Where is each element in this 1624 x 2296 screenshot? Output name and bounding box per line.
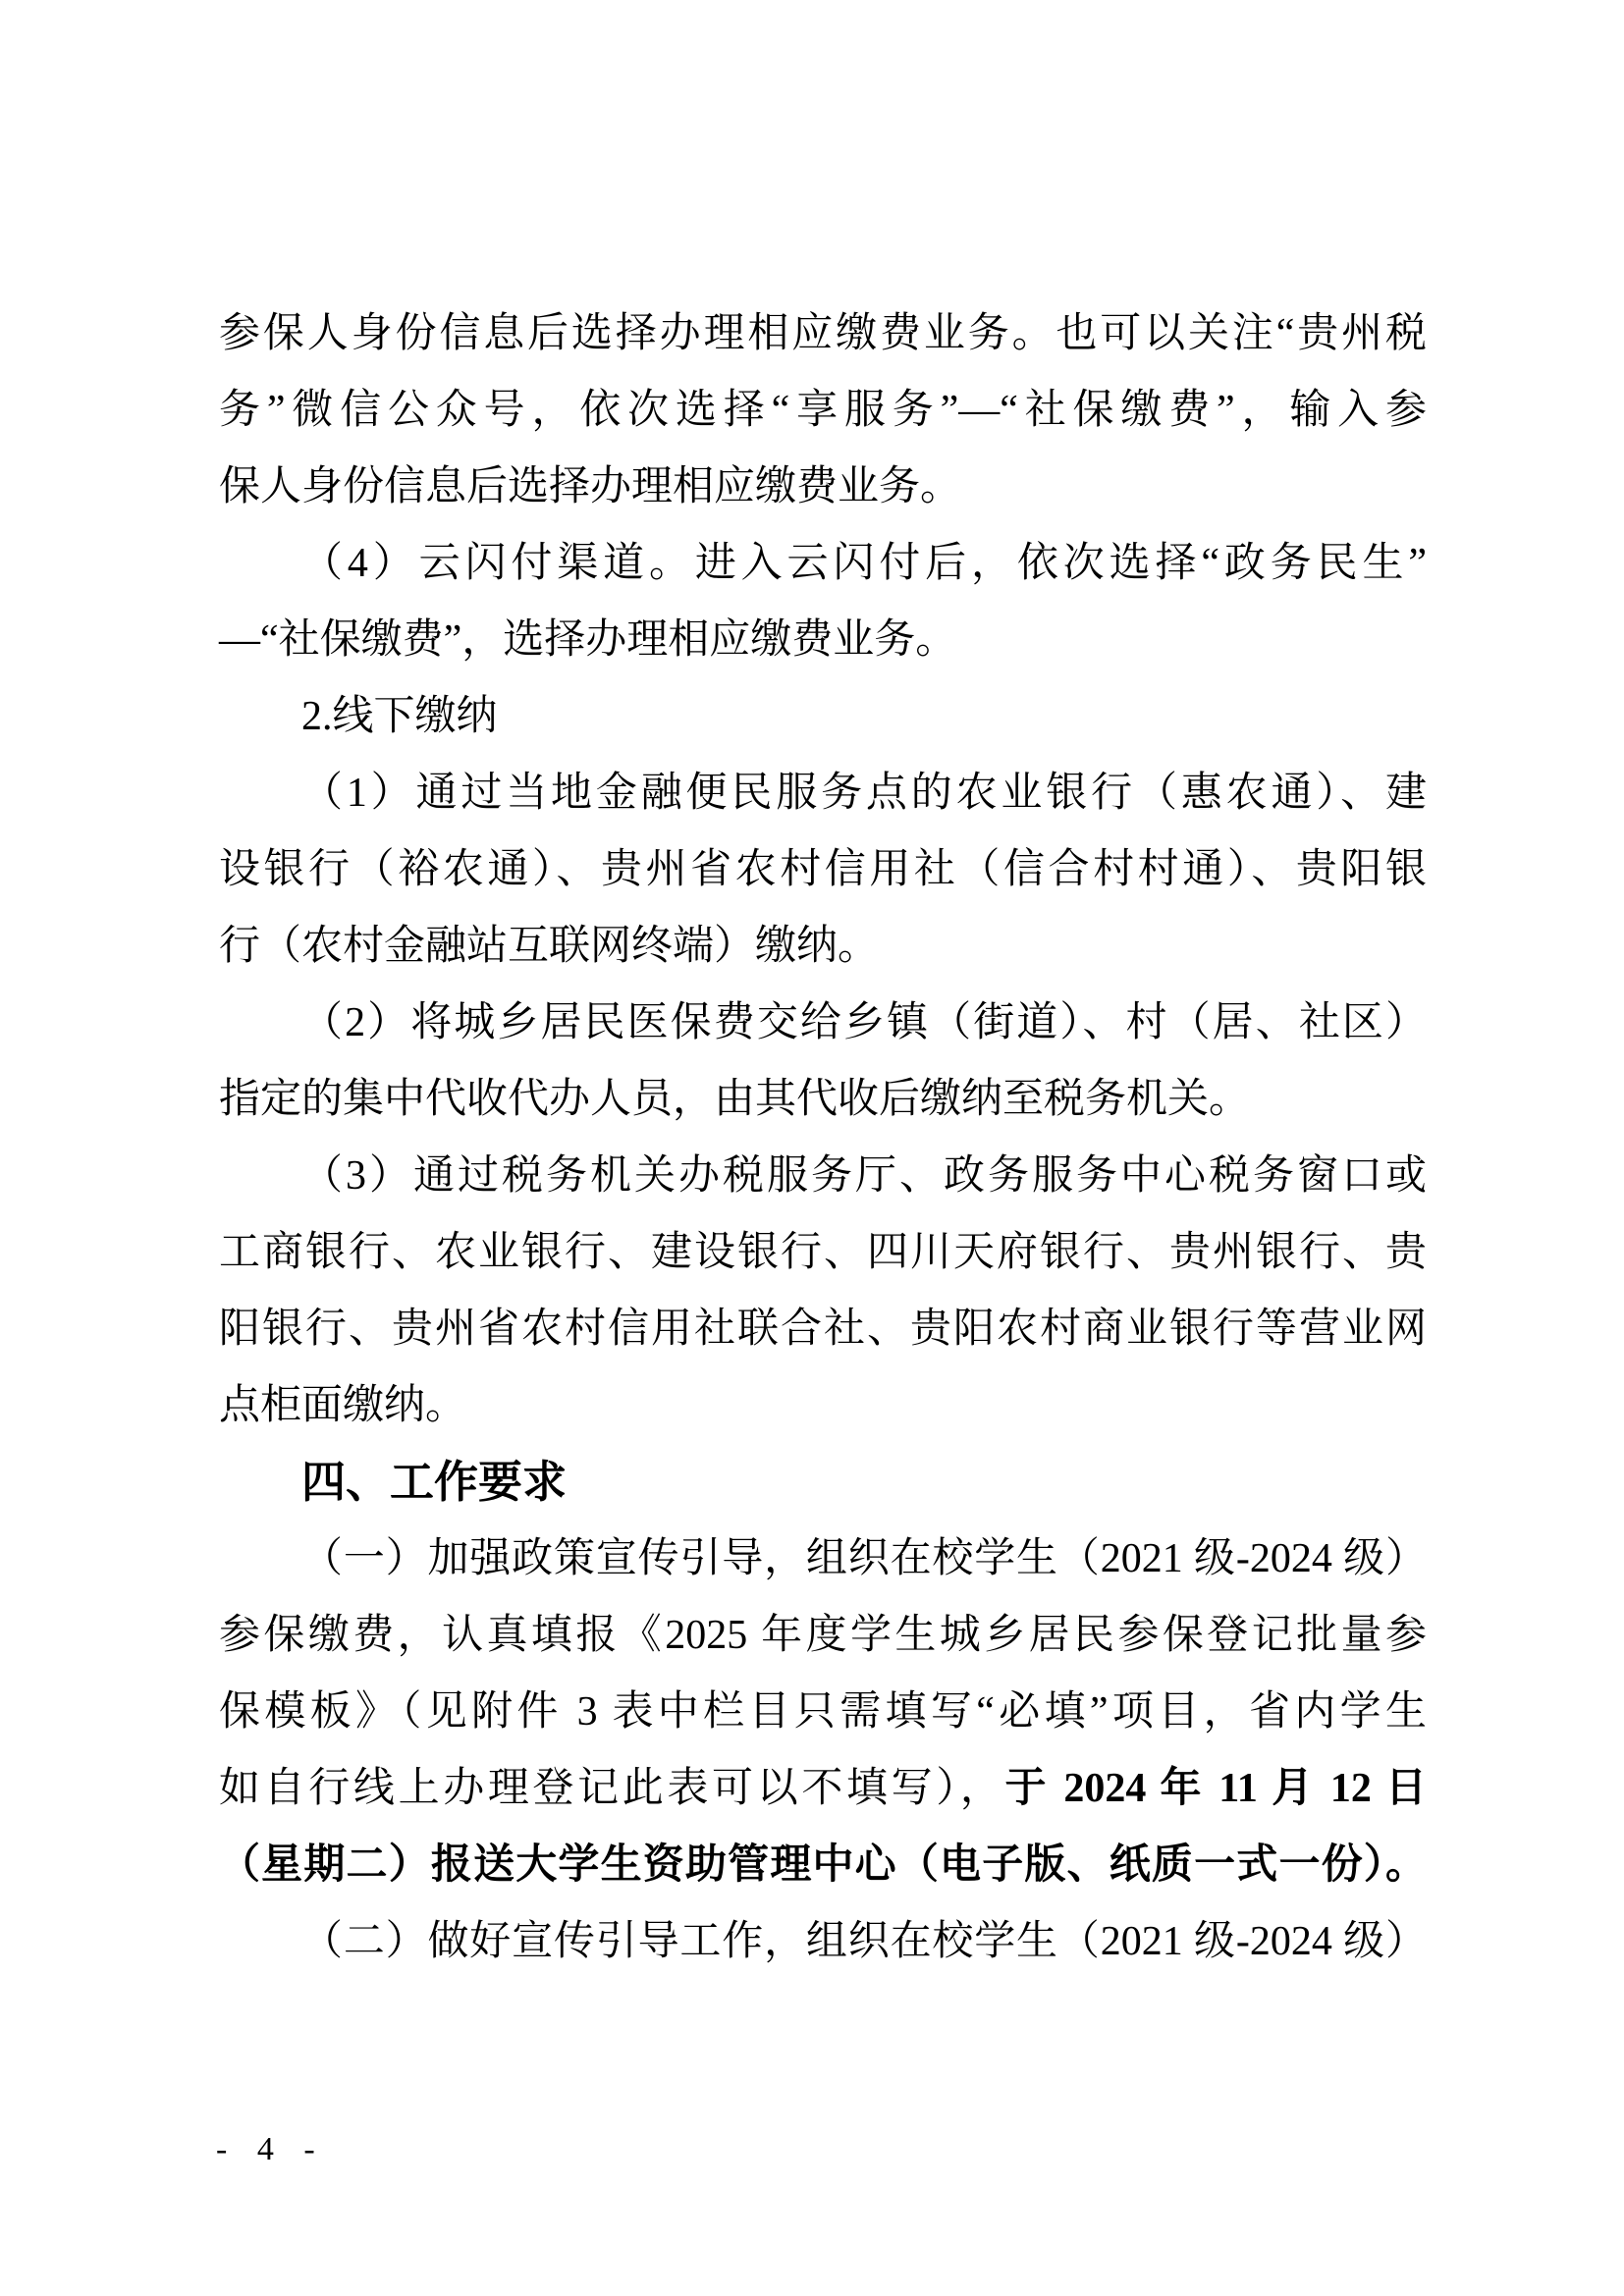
text-line: 参保人身份信息后选择办理相应缴费业务。也可以关注“贵州税 (219, 295, 1427, 372)
text-segment: 指定的集中代收代办人员，由其代收后缴纳至税务机关。 (219, 1077, 1250, 1122)
text-segment: 如自行线上办理登记此表可以不填写）， (219, 1766, 1005, 1811)
text-line: 保人身份信息后选择办理相应缴费业务。 (219, 449, 1427, 525)
text-line: （2）将城乡居民医保费交给乡镇（街道）、村（居、社区） (219, 985, 1427, 1061)
text-segment: 务”微信公众号，依次选择“享服务”—“社保缴费”，输入参 (219, 388, 1427, 433)
bold-text-segment: （星期二）报送大学生资助管理中心（电子版、纸质一式一份）。 (219, 1842, 1427, 1888)
text-line: 如自行线上办理登记此表可以不填写），于 2024 年 11 月 12 日 (219, 1750, 1427, 1827)
text-segment: 工商银行、农业银行、建设银行、四川天府银行、贵州银行、贵 (219, 1230, 1427, 1275)
document-body: 参保人身份信息后选择办理相应缴费业务。也可以关注“贵州税务”微信公众号，依次选择… (219, 295, 1427, 1980)
text-line: （4）云闪付渠道。进入云闪付后，依次选择“政务民生” (219, 525, 1427, 602)
bold-text-segment: 四、工作要求 (301, 1457, 567, 1507)
text-segment: 阳银行、贵州省农村信用社联合社、贵阳农村商业银行等营业网 (219, 1307, 1427, 1352)
text-segment: （一）加强政策宣传引导，组织在校学生（2021 级-2024 级） (301, 1536, 1427, 1581)
text-segment: （3）通过税务机关办税服务厅、政务服务中心税务窗口或 (301, 1153, 1427, 1199)
text-segment: 设银行（裕农通）、贵州省农村信用社（信合村村通）、贵阳银 (219, 847, 1427, 892)
text-line: （二）做好宣传引导工作，组织在校学生（2021 级-2024 级） (219, 1903, 1427, 1980)
text-line: 设银行（裕农通）、贵州省农村信用社（信合村村通）、贵阳银 (219, 831, 1427, 908)
bold-text-segment: 于 2024 年 11 月 12 日 (1005, 1766, 1427, 1811)
text-segment: （二）做好宣传引导工作，组织在校学生（2021 级-2024 级） (301, 1919, 1427, 1964)
text-segment: 参保缴费，认真填报《2025 年度学生城乡居民参保登记批量参 (219, 1613, 1427, 1658)
section-heading: 四、工作要求 (219, 1444, 1427, 1521)
document-page: 参保人身份信息后选择办理相应缴费业务。也可以关注“贵州税务”微信公众号，依次选择… (0, 0, 1624, 2296)
text-segment: （4）云闪付渠道。进入云闪付后，依次选择“政务民生” (301, 541, 1427, 586)
text-line: 2.线下缴纳 (219, 678, 1427, 755)
text-line: 行（农村金融站互联网终端）缴纳。 (219, 908, 1427, 985)
text-line: 阳银行、贵州省农村信用社联合社、贵阳农村商业银行等营业网 (219, 1291, 1427, 1367)
text-segment: 参保人身份信息后选择办理相应缴费业务。也可以关注“贵州税 (219, 311, 1427, 356)
text-segment: 保模板》（见附件 3 表中栏目只需填写“必填”项目，省内学生 (219, 1689, 1427, 1735)
text-line: 务”微信公众号，依次选择“享服务”—“社保缴费”，输入参 (219, 372, 1427, 449)
text-segment: 点柜面缴纳。 (219, 1383, 466, 1428)
page-number: - 4 - (216, 2130, 323, 2169)
text-line: 工商银行、农业银行、建设银行、四川天府银行、贵州银行、贵 (219, 1214, 1427, 1291)
text-line: （星期二）报送大学生资助管理中心（电子版、纸质一式一份）。 (219, 1827, 1427, 1903)
text-segment: 行（农村金融站互联网终端）缴纳。 (219, 924, 879, 969)
text-line: 点柜面缴纳。 (219, 1367, 1427, 1444)
text-segment: 2.线下缴纳 (301, 694, 498, 739)
text-line: 保模板》（见附件 3 表中栏目只需填写“必填”项目，省内学生 (219, 1674, 1427, 1750)
text-line: 参保缴费，认真填报《2025 年度学生城乡居民参保登记批量参 (219, 1597, 1427, 1674)
text-line: —“社保缴费”，选择办理相应缴费业务。 (219, 602, 1427, 678)
text-segment: 保人身份信息后选择办理相应缴费业务。 (219, 464, 961, 509)
text-line: （3）通过税务机关办税服务厅、政务服务中心税务窗口或 (219, 1138, 1427, 1214)
text-segment: （1）通过当地金融便民服务点的农业银行（惠农通）、建 (301, 771, 1427, 816)
text-line: （1）通过当地金融便民服务点的农业银行（惠农通）、建 (219, 755, 1427, 831)
text-line: （一）加强政策宣传引导，组织在校学生（2021 级-2024 级） (219, 1521, 1427, 1597)
text-line: 指定的集中代收代办人员，由其代收后缴纳至税务机关。 (219, 1061, 1427, 1138)
text-segment: —“社保缴费”，选择办理相应缴费业务。 (219, 617, 956, 663)
text-segment: （2）将城乡居民医保费交给乡镇（街道）、村（居、社区） (301, 1000, 1427, 1045)
